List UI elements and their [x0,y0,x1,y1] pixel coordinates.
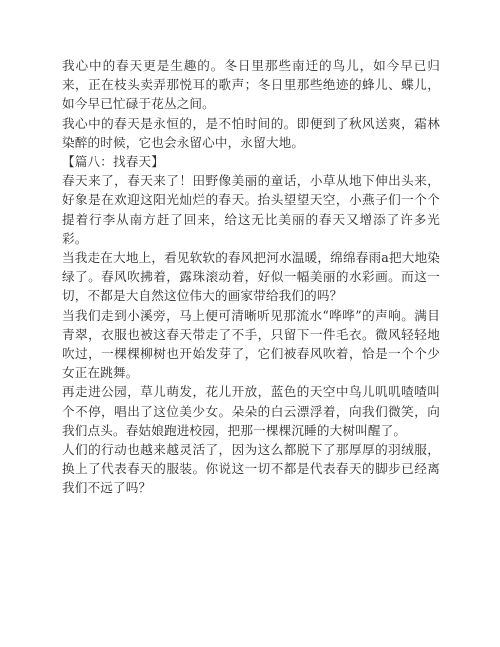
document-page: 我心中的春天更是生趣的。冬日里那些南迁的鸟儿，如今早已归来，正在枝头卖弄那悦耳的… [62,56,440,498]
section-heading: 【篇八：找春天】 [62,152,440,171]
paragraph-park: 再走进公园，草儿萌发，花儿开放，蓝色的天空中鸟儿叽叽喳喳叫个不停，唱出了这位美少… [62,382,440,440]
paragraph-spring-arrives: 春天来了，春天来了！田野像美丽的童话，小草从地下伸出头来，好象是在欢迎这阳光灿烂… [62,171,440,248]
paragraph-spring-lively: 我心中的春天更是生趣的。冬日里那些南迁的鸟儿，如今早已归来，正在枝头卖弄那悦耳的… [62,56,440,114]
paragraph-walking-land: 当我走在大地上，看见软软的春风把河水温暖，绵绵春雨a把大地染绿了。春风吹拂着，露… [62,248,440,306]
paragraph-people: 人们的行动也越来越灵活了，因为这么都脱下了那厚厚的羽绒服，换上了代表春天的服装。… [62,440,440,498]
paragraph-stream: 当我们走到小溪旁，马上便可清晰听见那流水“哗哗”的声响。满目青翠，衣服也被这春天… [62,306,440,383]
paragraph-spring-eternal: 我心中的春天是永恒的，是不怕时间的。即便到了秋风送爽，霜林染醉的时候，它也会永留… [62,114,440,152]
